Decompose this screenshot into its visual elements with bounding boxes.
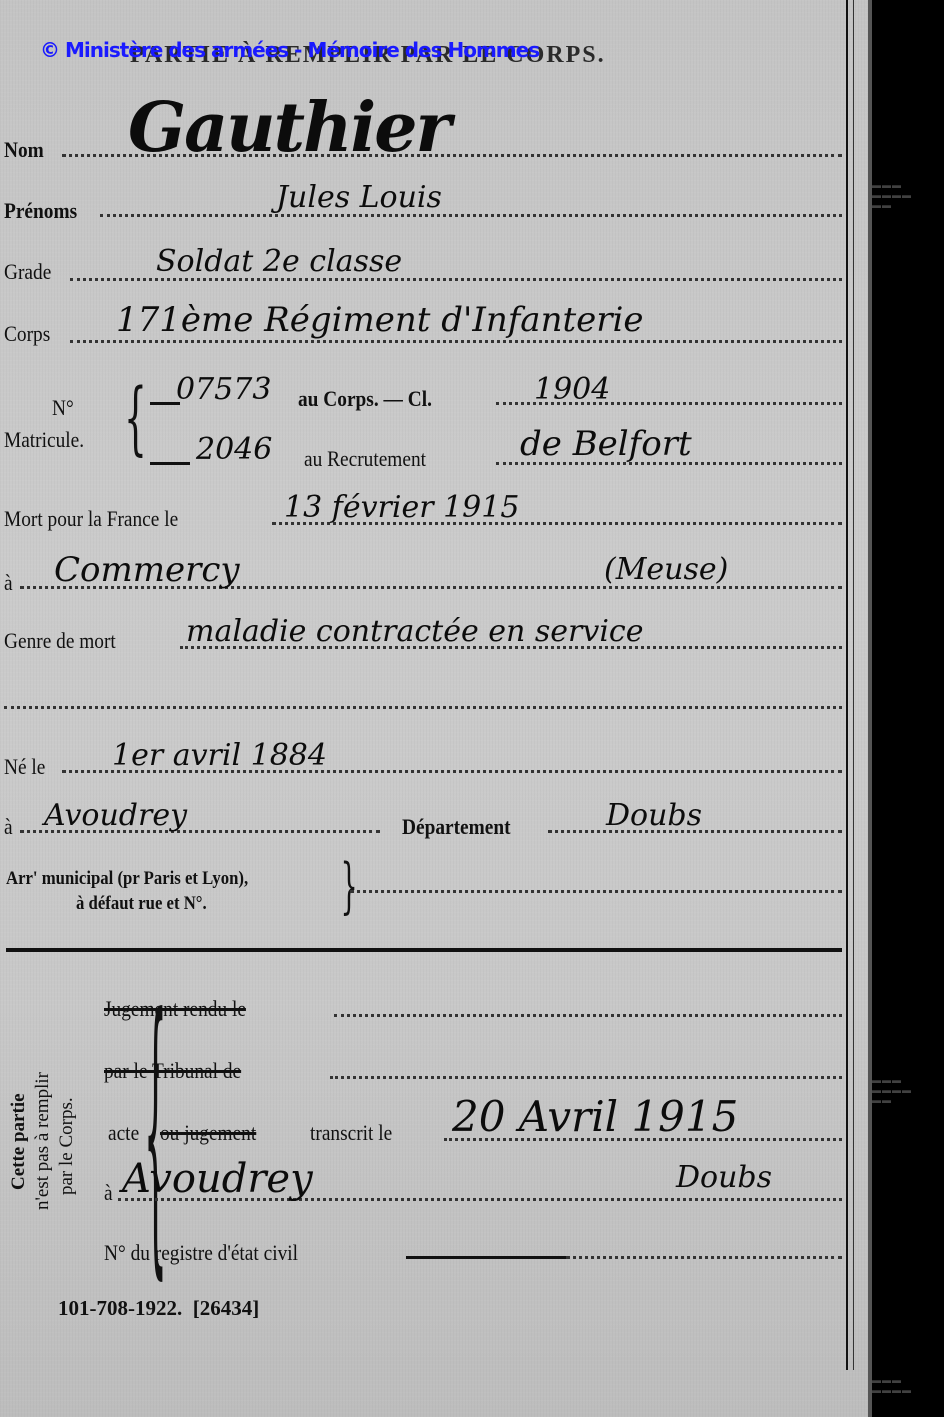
acte-label-1: acte [108, 1120, 139, 1146]
civil-side-label-1: Cette partie [8, 1093, 30, 1190]
acte-label-strike: ou jugement [160, 1120, 256, 1146]
copyright-watermark: © Ministère des armées - Mémoire des Hom… [40, 38, 539, 62]
prenoms-line [100, 214, 842, 217]
mort-date-value: 13 février 1915 [284, 490, 519, 525]
page-edge-line [846, 0, 848, 1370]
matricule-label-bottom: Matricule. [4, 427, 84, 453]
corps-line [70, 340, 842, 343]
acte-date-value: 20 Avril 1915 [452, 1092, 738, 1141]
arrondissement-line [350, 890, 842, 893]
arrondissement-label-2: à défaut rue et N°. [76, 893, 207, 915]
registre-line-solid [406, 1256, 566, 1259]
classe-value: 1904 [534, 372, 610, 407]
naissance-date-value: 1er avril 1884 [112, 738, 327, 773]
mort-lieu-label: à [4, 570, 13, 596]
genre-mort-label: Genre de mort [4, 628, 116, 654]
acte-lieu-label: à [104, 1180, 113, 1206]
acte-lieu-departement: Doubs [676, 1160, 772, 1195]
mort-date-label: Mort pour la France le [4, 506, 178, 532]
departement-value: Doubs [606, 798, 702, 833]
civil-side-label-2: n'est pas à remplir [32, 1072, 54, 1210]
matricule-brace: { [124, 378, 147, 458]
matricule-corps-suffix: au Corps. — Cl. [298, 386, 432, 412]
departement-label: Département [402, 814, 511, 840]
arrondissement-label-1: Arr' municipal (pr Paris et Lyon), [6, 868, 248, 890]
registre-label: N° du registre d'état civil [104, 1240, 298, 1266]
recrutement-number: 2046 [196, 432, 272, 467]
mort-lieu-value: Commercy [54, 550, 240, 590]
bleed-through-marks: ▬▬▬▬▬▬▬▬▬ [872, 1075, 912, 1105]
grade-label: Grade [4, 259, 51, 285]
section-divider [6, 948, 842, 952]
recrutement-value: de Belfort [520, 424, 692, 464]
civil-side-label-3: par le Corps. [56, 1097, 78, 1195]
form-reference: 101-708-1922. [26434] [58, 1296, 259, 1321]
acte-label-2: transcrit le [310, 1120, 392, 1146]
nom-label: Nom [4, 137, 44, 163]
arrondissement-brace: } [341, 856, 358, 916]
bleed-through-marks: ▬▬▬▬▬▬▬ [872, 1375, 912, 1395]
extra-line [4, 706, 842, 709]
tribunal-line [330, 1076, 842, 1079]
matricule-label-top: N° [52, 395, 74, 421]
page-edge-line [868, 0, 872, 1417]
recrutement-label: au Recrutement [304, 446, 426, 472]
naissance-date-label: Né le [4, 754, 45, 780]
matricule-corps-number: 07573 [176, 372, 271, 407]
nom-value: Gauthier [128, 88, 449, 168]
corps-value: 171ème Régiment d'Infanterie [116, 300, 644, 340]
bleed-through-marks: ▬▬▬▬▬▬▬▬▬ [872, 180, 912, 210]
recrutement-line [150, 462, 190, 465]
tribunal-label: par le Tribunal de [104, 1058, 241, 1084]
grade-value: Soldat 2e classe [156, 244, 402, 279]
corps-label: Corps [4, 321, 50, 347]
registre-line [566, 1256, 842, 1259]
page-edge-line [853, 0, 854, 1370]
prenoms-label: Prénoms [4, 198, 77, 224]
jugement-label: Jugement rendu le [104, 996, 246, 1022]
prenoms-value: Jules Louis [276, 180, 442, 215]
naissance-lieu-label: à [4, 814, 13, 840]
jugement-line [334, 1014, 842, 1017]
acte-lieu-value: Avoudrey [122, 1156, 313, 1202]
genre-mort-value: maladie contractée en service [186, 614, 643, 649]
naissance-lieu-value: Avoudrey [44, 798, 187, 833]
mort-lieu-departement: (Meuse) [604, 552, 728, 587]
